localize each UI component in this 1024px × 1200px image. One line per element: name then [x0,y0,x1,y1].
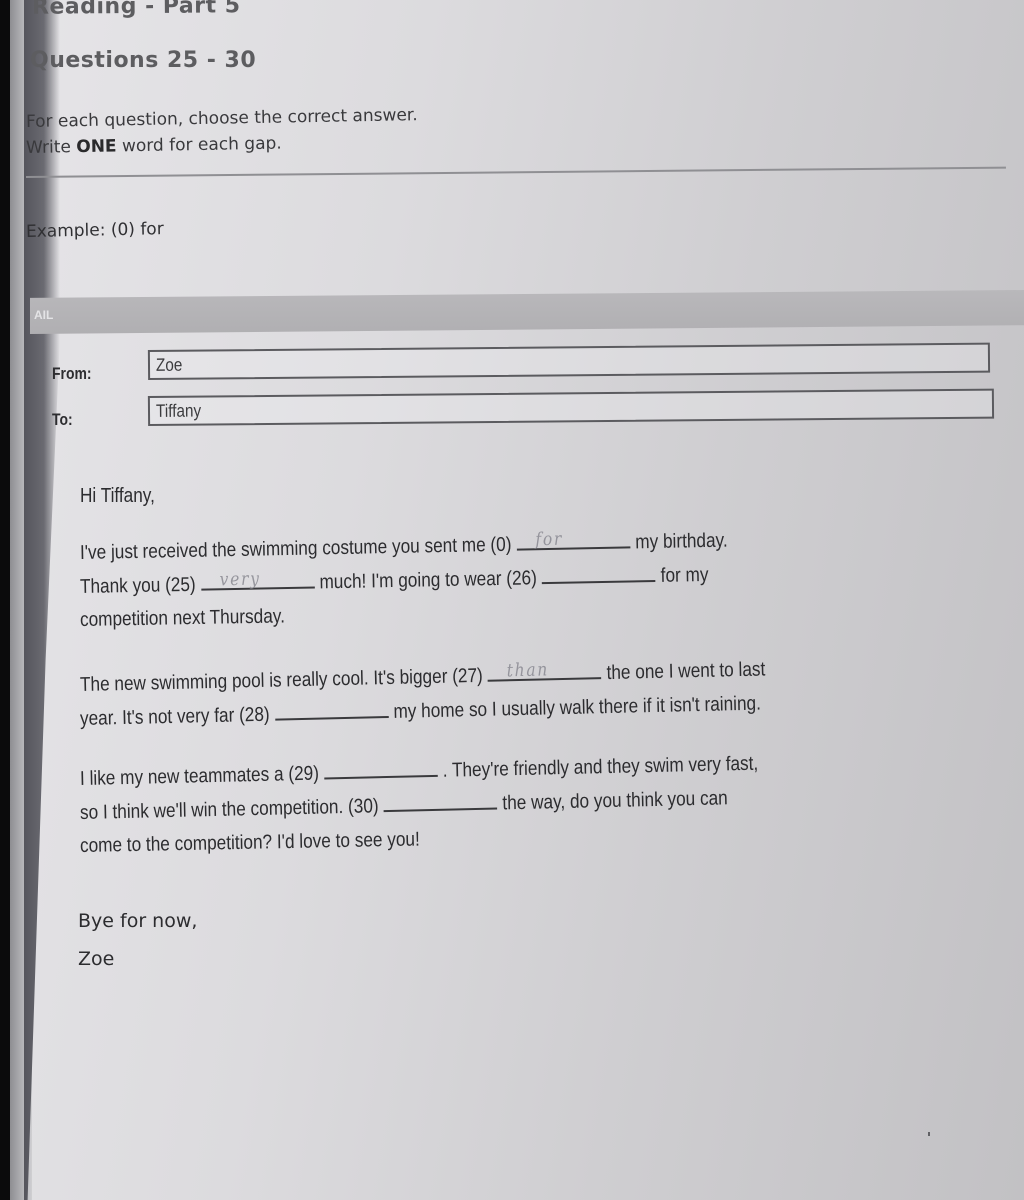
to-value: Tiffany [156,401,201,422]
email-band-label: AIL [34,308,53,322]
example-answer: Example: (0) for [26,219,164,242]
gap-25[interactable]: very [201,571,315,591]
p2-line1: The new swimming pool is really cool. It… [80,657,766,697]
greeting: Hi Tiffany, [80,485,167,508]
handwritten-answer-27: than [506,659,549,681]
p3-line2: so I think we'll win the competition. (3… [80,786,728,825]
instruction-prefix: Write [26,137,77,158]
email-header-band [30,290,1024,334]
instruction-bold: ONE [76,136,117,157]
p1-line1: I've just received the swimming costume … [80,529,728,565]
p2-line2: year. It's not very far (28)my home so I… [80,692,761,731]
p1-line2: Thank you (25)verymuch! I'm going to wea… [80,563,709,599]
gap-27[interactable]: than [488,661,602,682]
instruction-line-1: For each question, choose the correct an… [26,105,418,132]
signature: Zoe [78,948,114,970]
gap-28[interactable] [275,700,389,721]
paper-speck [928,1132,930,1136]
p3-line3: come to the competition? I'd love to see… [80,828,420,858]
closing: Bye for now, [78,910,197,932]
instruction-suffix: word for each gap. [116,134,282,157]
section-title: Reading - Part 5 [32,0,241,20]
to-label: To: [52,410,73,430]
gap-29[interactable] [324,759,438,780]
p1-line3: competition next Thursday. [80,605,285,632]
gap-30[interactable] [383,792,497,813]
gap-26[interactable] [542,564,656,584]
from-field: Zoe [148,343,990,380]
handwritten-answer-25: very [219,569,260,591]
from-value: Zoe [156,355,183,376]
gap-0[interactable]: for [516,530,630,550]
worksheet-page: Reading - Part 5 Questions 25 - 30 For e… [0,0,1024,1200]
to-field: Tiffany [148,389,994,426]
handwritten-answer-0: for [535,529,563,551]
divider-rule [26,167,1006,178]
from-label: From: [52,364,92,384]
questions-range: Questions 25 - 30 [30,48,256,73]
p3-line1: I like my new teammates a (29). They're … [80,752,759,791]
instruction-line-2: Write ONE word for each gap. [26,134,282,158]
